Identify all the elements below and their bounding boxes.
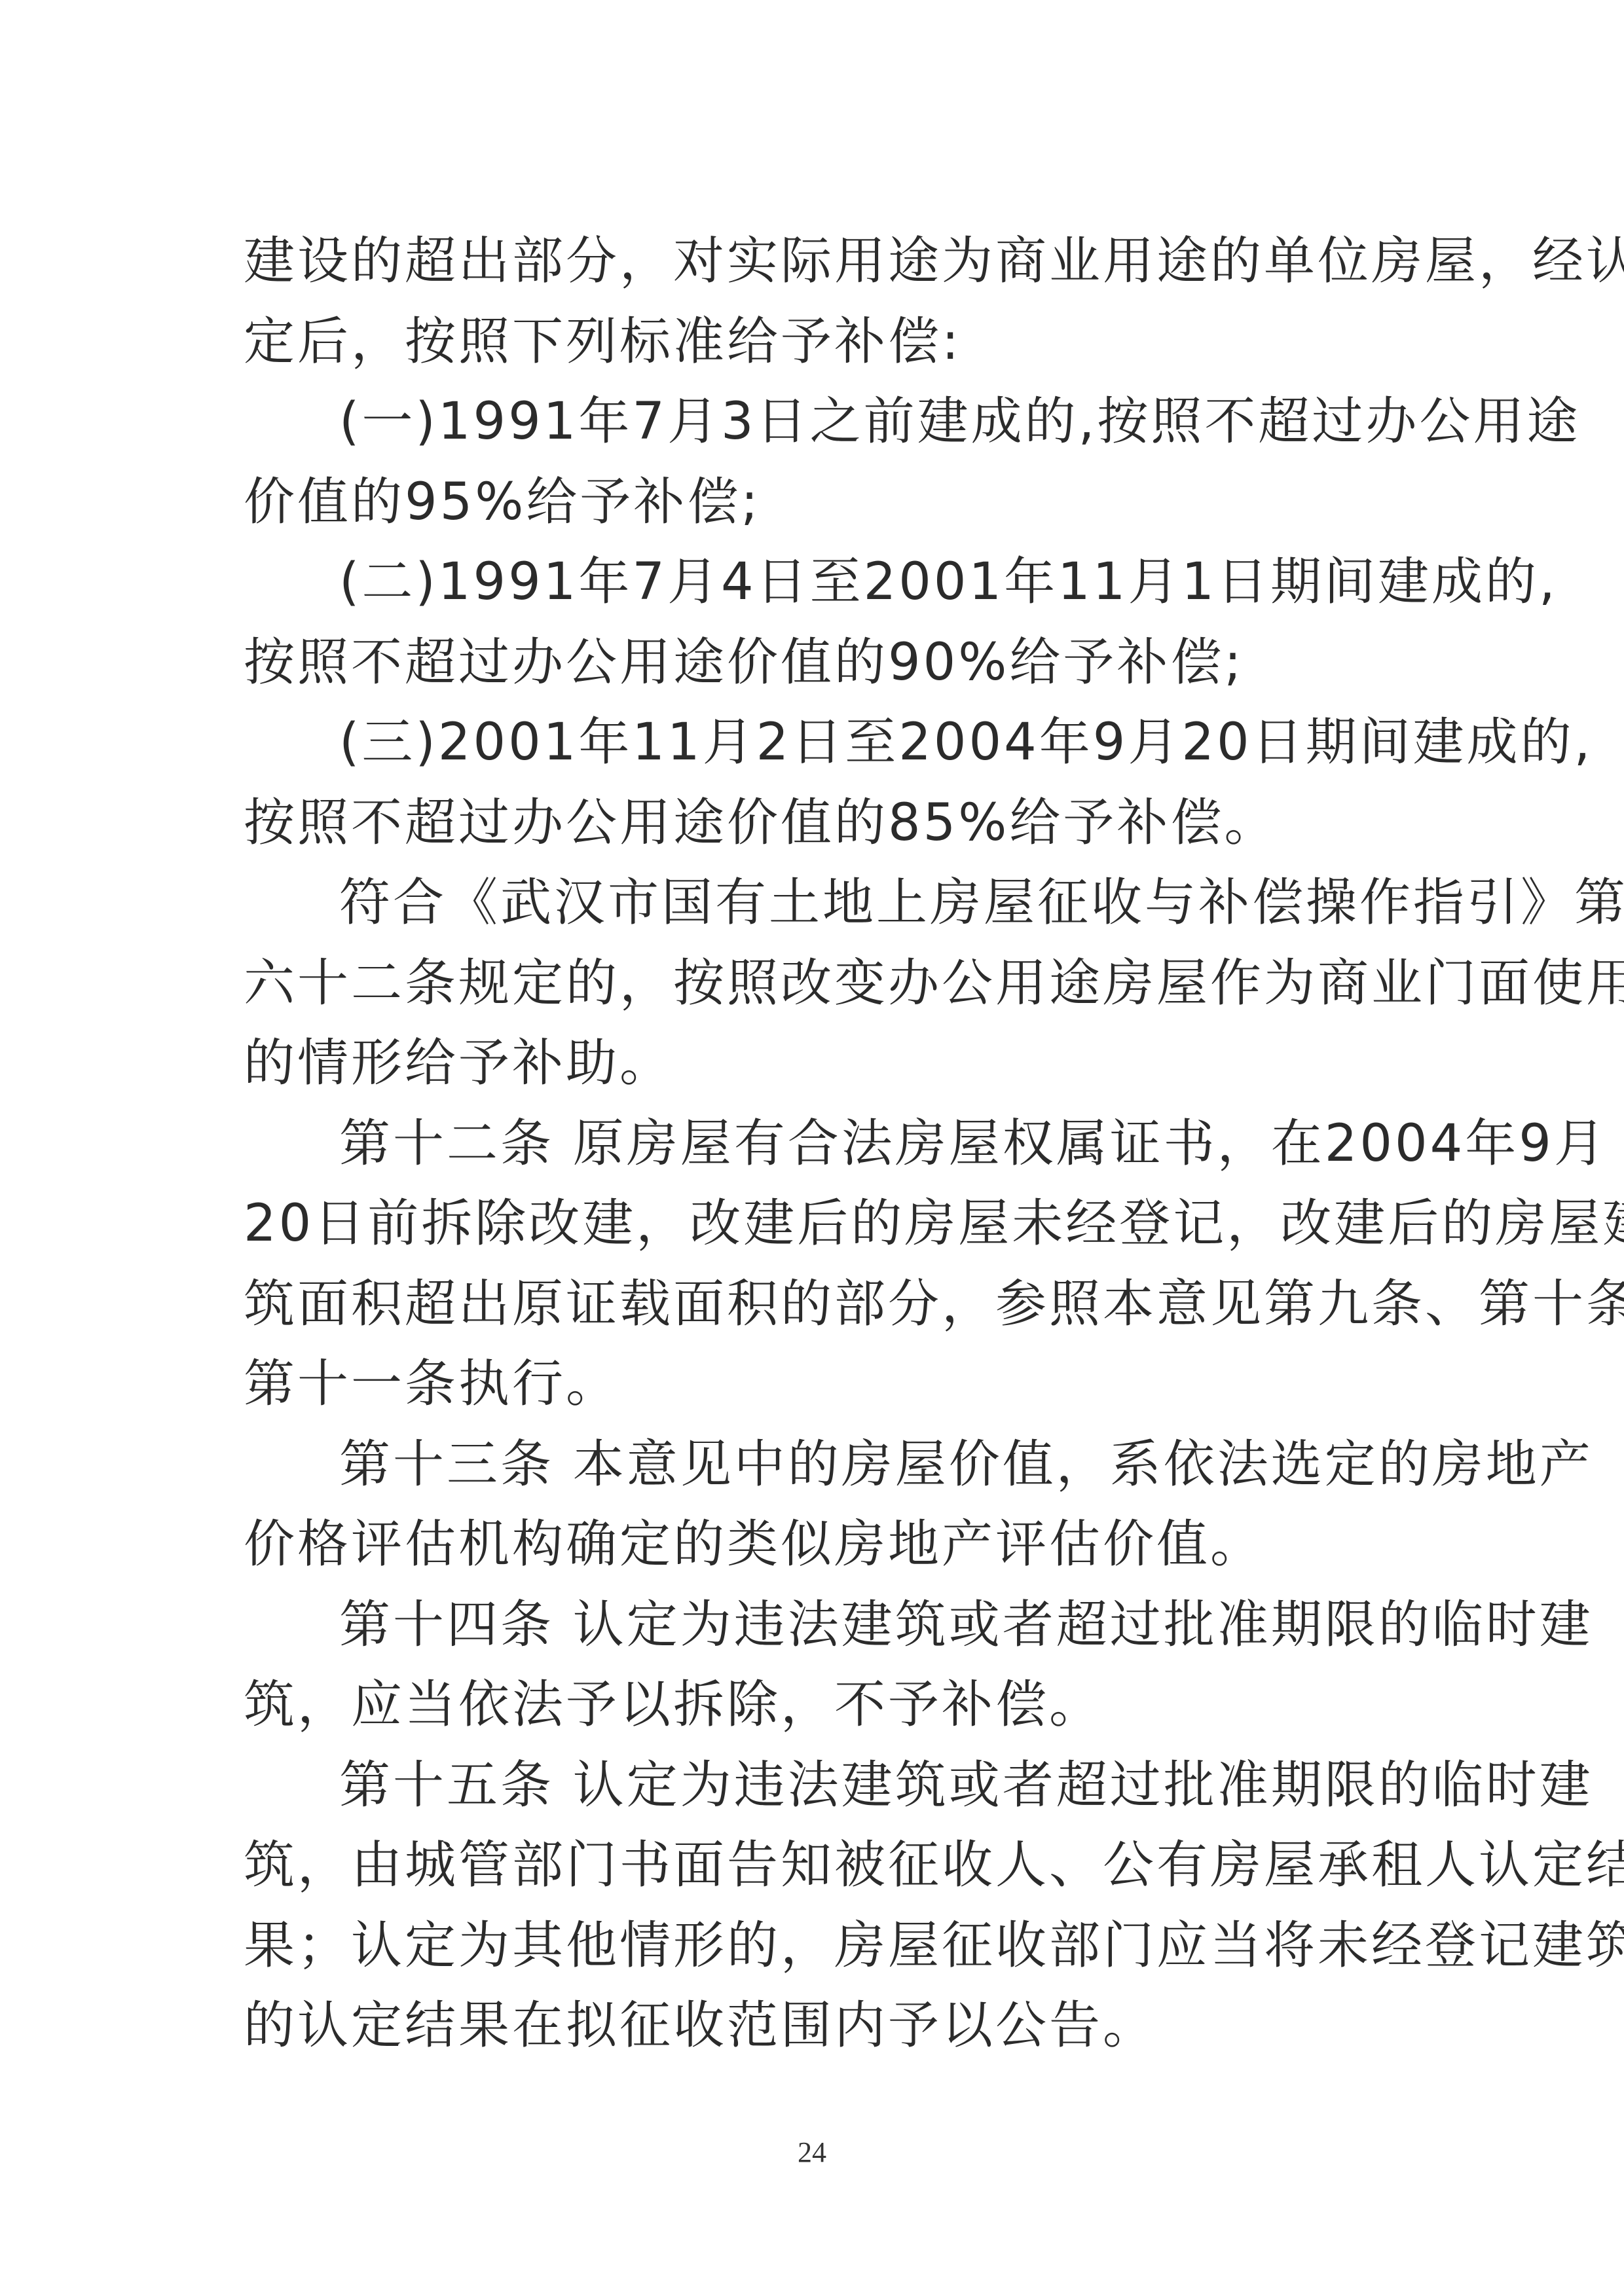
text-line: 筑面积超出原证载面积的部分，参照本意见第九条、第十条、 [244,1264,1383,1345]
text-line: 价值的95%给予补偿; [244,462,1383,543]
text-line: 按照不超过办公用途价值的85%给予补偿。 [244,783,1383,864]
text-line: (三)2001年11月2日至2004年9月20日期间建成的, [244,702,1383,783]
article-15-line: 第十五条 认定为违法建筑或者超过批准期限的临时建 [244,1745,1383,1826]
text-line: 建设的超出部分，对实际用途为商业用途的单位房屋，经认 [244,221,1383,302]
article-13-line: 第十三条 本意见中的房屋价值，系依法选定的房地产 [244,1425,1383,1505]
article-12-line: 第十二条 原房屋有合法房屋权属证书，在2004年9月 [244,1104,1383,1184]
text-line: 果；认定为其他情形的，房屋征收部门应当将未经登记建筑 [244,1906,1383,1986]
document-page: 建设的超出部分，对实际用途为商业用途的单位房屋，经认 定后，按照下列标准给予补偿… [0,0,1624,2296]
text-line: (二)1991年7月4日至2001年11月1日期间建成的, [244,542,1383,623]
text-line: 第十一条执行。 [244,1344,1383,1425]
text-line: 定后，按照下列标准给予补偿: [244,302,1383,382]
text-line: 六十二条规定的，按照改变办公用途房屋作为商业门面使用 [244,943,1383,1024]
text-line: 符合《武汉市国有土地上房屋征收与补偿操作指引》第 [244,863,1383,943]
text-line: 筑，应当依法予以拆除，不予补偿。 [244,1665,1383,1745]
text-line: 的认定结果在拟征收范围内予以公告。 [244,1986,1383,2066]
article-14-line: 第十四条 认定为违法建筑或者超过批准期限的临时建 [244,1585,1383,1666]
text-line: 的情形给予补助。 [244,1023,1383,1104]
text-line: 筑，由城管部门书面告知被征收人、公有房屋承租人认定结 [244,1825,1383,1906]
text-line: 按照不超过办公用途价值的90%给予补偿; [244,623,1383,703]
body-text: 建设的超出部分，对实际用途为商业用途的单位房屋，经认 定后，按照下列标准给予补偿… [244,221,1383,2066]
text-line: 价格评估机构确定的类似房地产评估价值。 [244,1504,1383,1585]
text-line: (一)1991年7月3日之前建成的,按照不超过办公用途 [244,382,1383,462]
text-line: 20日前拆除改建，改建后的房屋未经登记，改建后的房屋建 [244,1184,1383,1264]
page-number: 24 [0,2136,1624,2169]
